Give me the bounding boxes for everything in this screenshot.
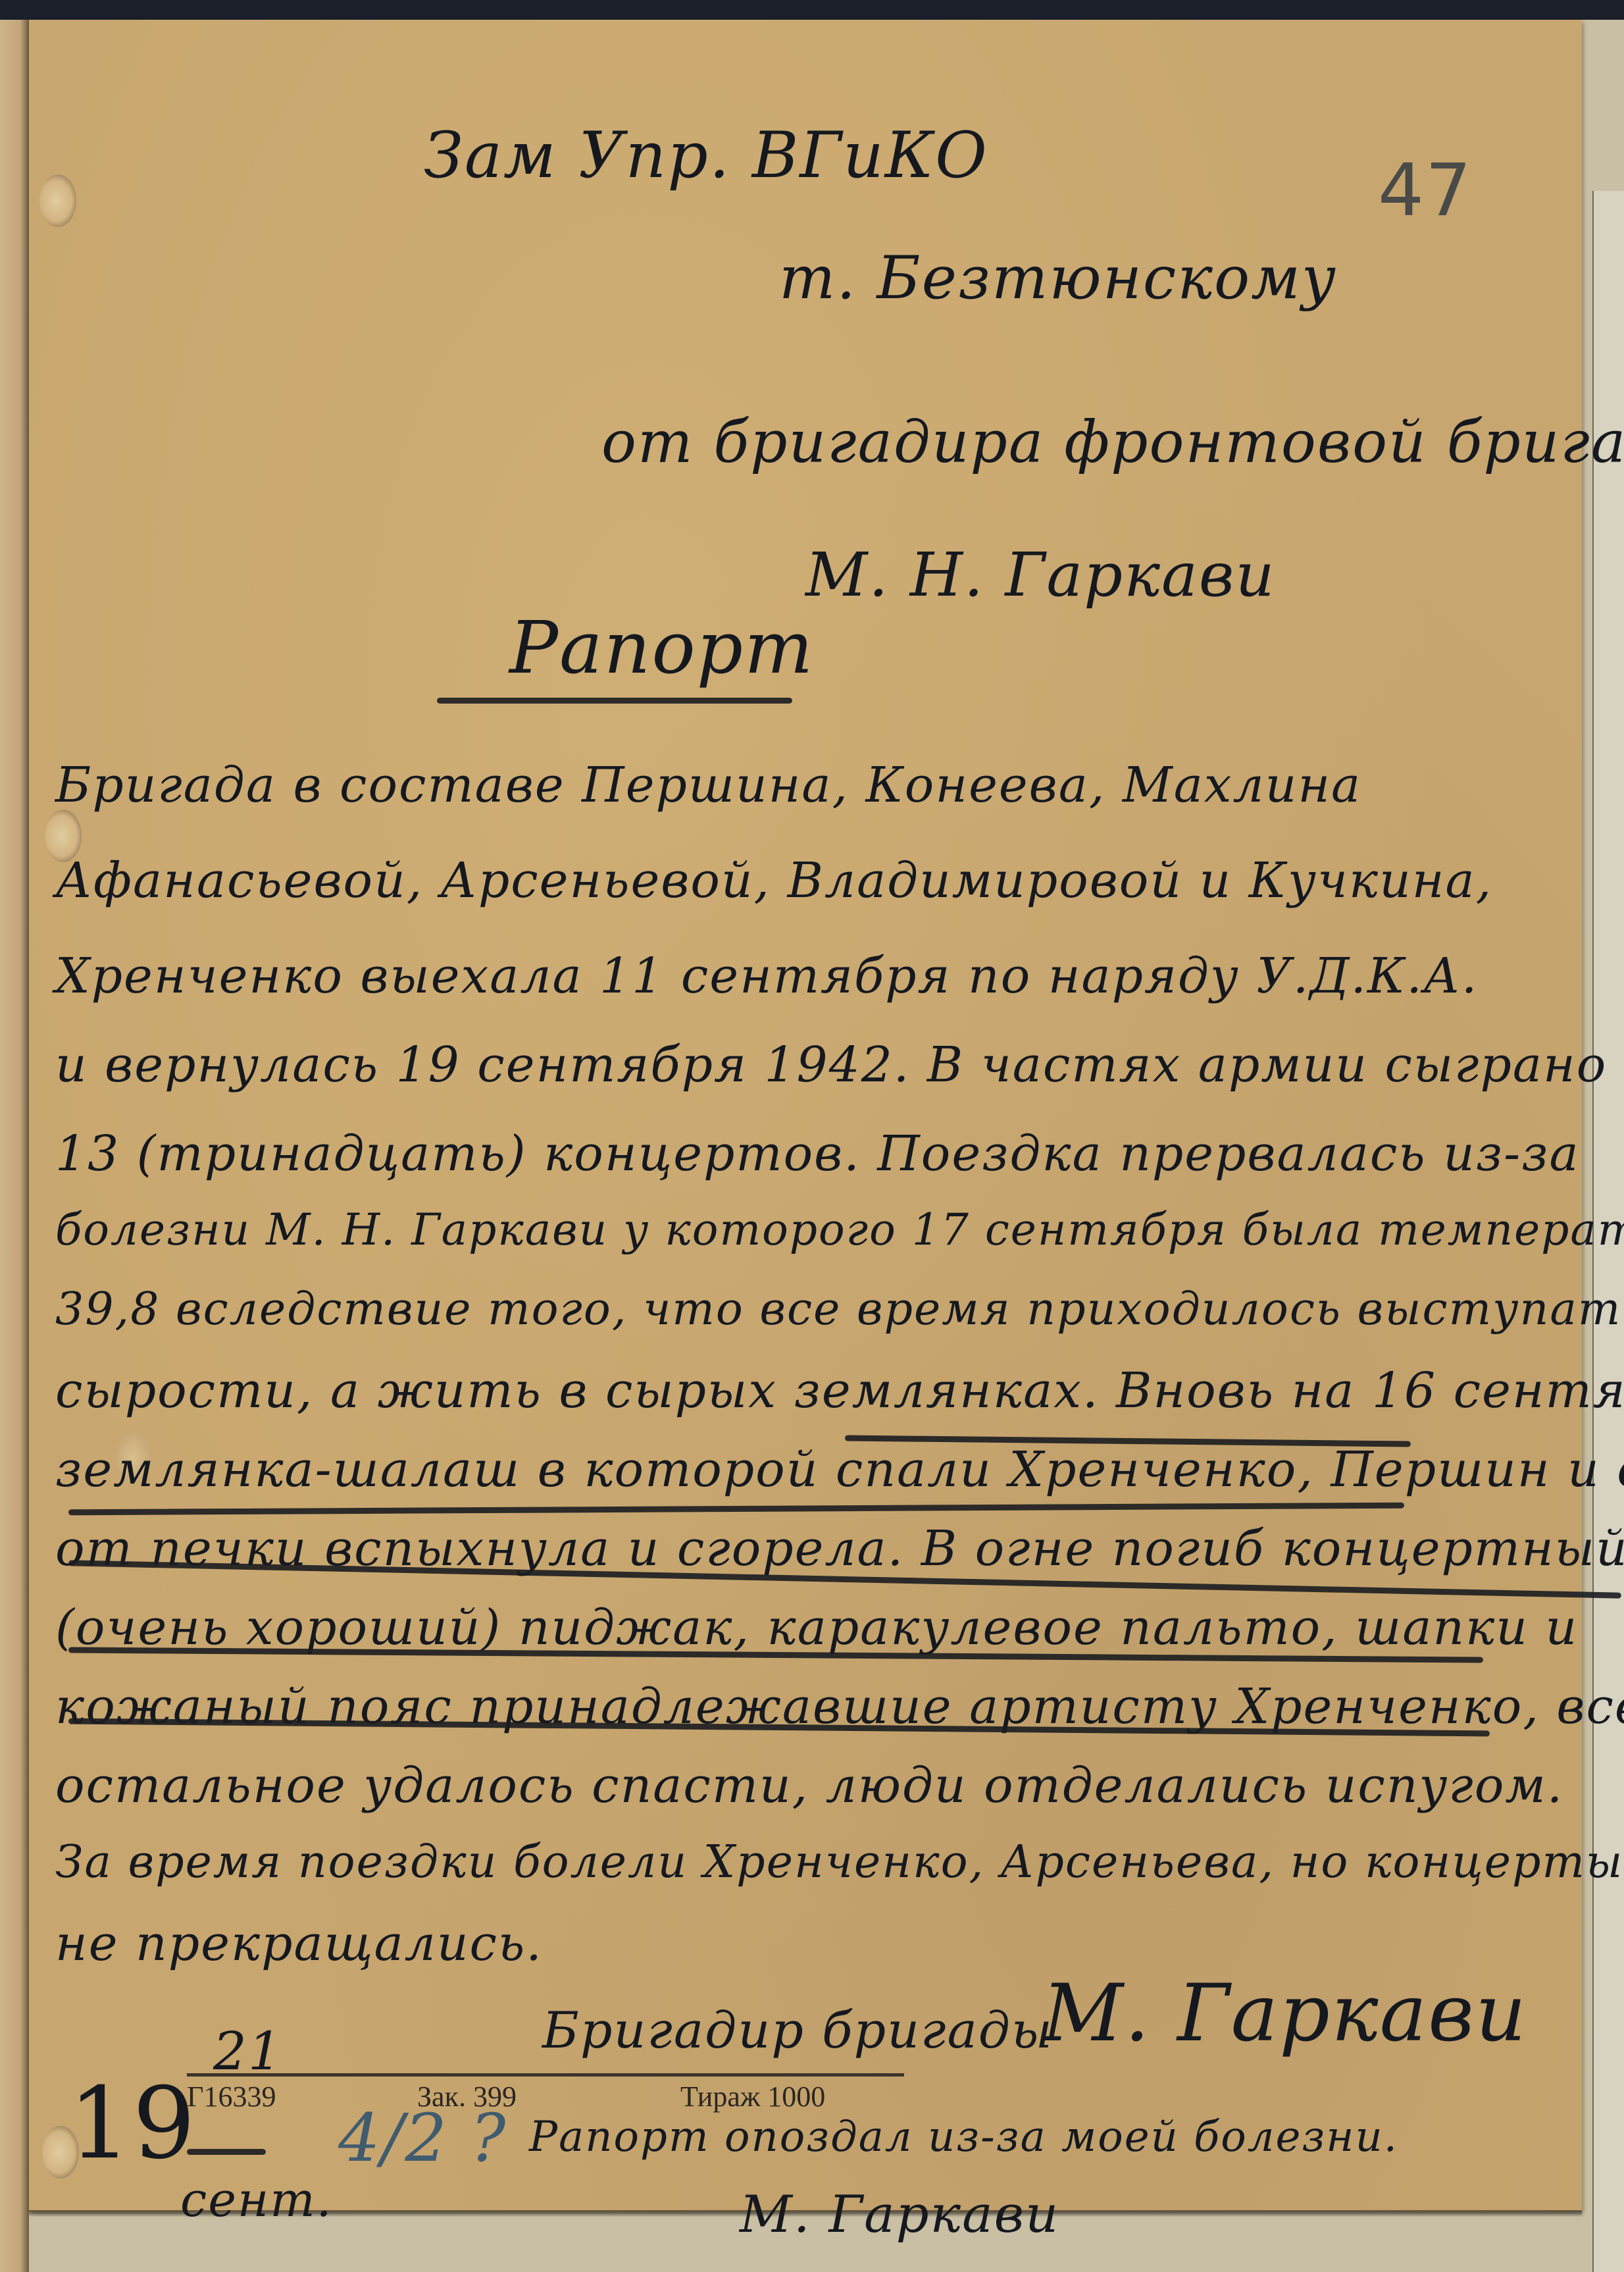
document-title: Рапорт xyxy=(509,606,814,690)
addressee-line-1: Зам Упр. ВГиКО xyxy=(424,118,988,192)
postscript-signature: М. Гаркави xyxy=(740,2185,1059,2244)
date-fraction-bar xyxy=(187,2149,266,2155)
sender-line-2: М. Н. Гаркави xyxy=(805,540,1276,610)
printed-code: Г16339 xyxy=(187,2080,276,2113)
date-annotation: 4/2 ? xyxy=(338,2100,507,2177)
ink-underline xyxy=(68,1503,1404,1516)
date-day: 19 xyxy=(68,2067,197,2181)
date-month: сент. xyxy=(180,2172,333,2227)
body-line: землянка-шалаш в которой спали Хренченко… xyxy=(55,1441,1624,1498)
body-line: и вернулась 19 сентября 1942. В частях а… xyxy=(55,1037,1607,1093)
printed-print-run: Тираж 1000 xyxy=(680,2080,825,2113)
signature-label: Бригадир бригады xyxy=(542,2001,1053,2059)
binding-edge xyxy=(0,20,29,2272)
punch-hole xyxy=(39,174,76,227)
sender-line-1: от бригадира фронтовой бригады xyxy=(601,408,1624,476)
body-line: не прекращались. xyxy=(55,1915,543,1972)
body-line: 39,8 вследствие того, что все время прих… xyxy=(55,1283,1624,1335)
body-line: остальное удалось спасти, люди отделалис… xyxy=(55,1757,1563,1814)
signature: М. Гаркави xyxy=(1042,1968,1527,2059)
body-line: сырости, а жить в сырых землянках. Вновь… xyxy=(55,1362,1624,1419)
body-line: 13 (тринадцать) концертов. Поездка прерв… xyxy=(55,1125,1580,1182)
postscript-text: Рапорт опоздал из-за моей болезни. xyxy=(529,2113,1398,2161)
title-underline xyxy=(437,698,792,704)
addressee-line-2: т. Безтюнскому xyxy=(779,244,1337,313)
folio-number: 47 xyxy=(1378,148,1473,232)
body-line: Бригада в составе Першина, Конеева, Махл… xyxy=(55,757,1361,813)
document-page: Зам Упр. ВГиКО 47 т. Безтюнскому от бриг… xyxy=(29,20,1582,2211)
body-line: Хренченко выехала 11 сентября по наряду … xyxy=(55,948,1478,1004)
body-line: болезни М. Н. Гаркави у которого 17 сент… xyxy=(55,1204,1624,1255)
body-line: Афанасьевой, Арсеньевой, Владимировой и … xyxy=(55,852,1492,909)
body-line: За время поездки болели Хренченко, Арсен… xyxy=(55,1836,1623,1888)
body-line: (очень хороший) пиджак, каракулевое паль… xyxy=(55,1599,1578,1656)
date-superscript: 21 xyxy=(213,2021,283,2082)
printed-rule xyxy=(187,2073,904,2077)
